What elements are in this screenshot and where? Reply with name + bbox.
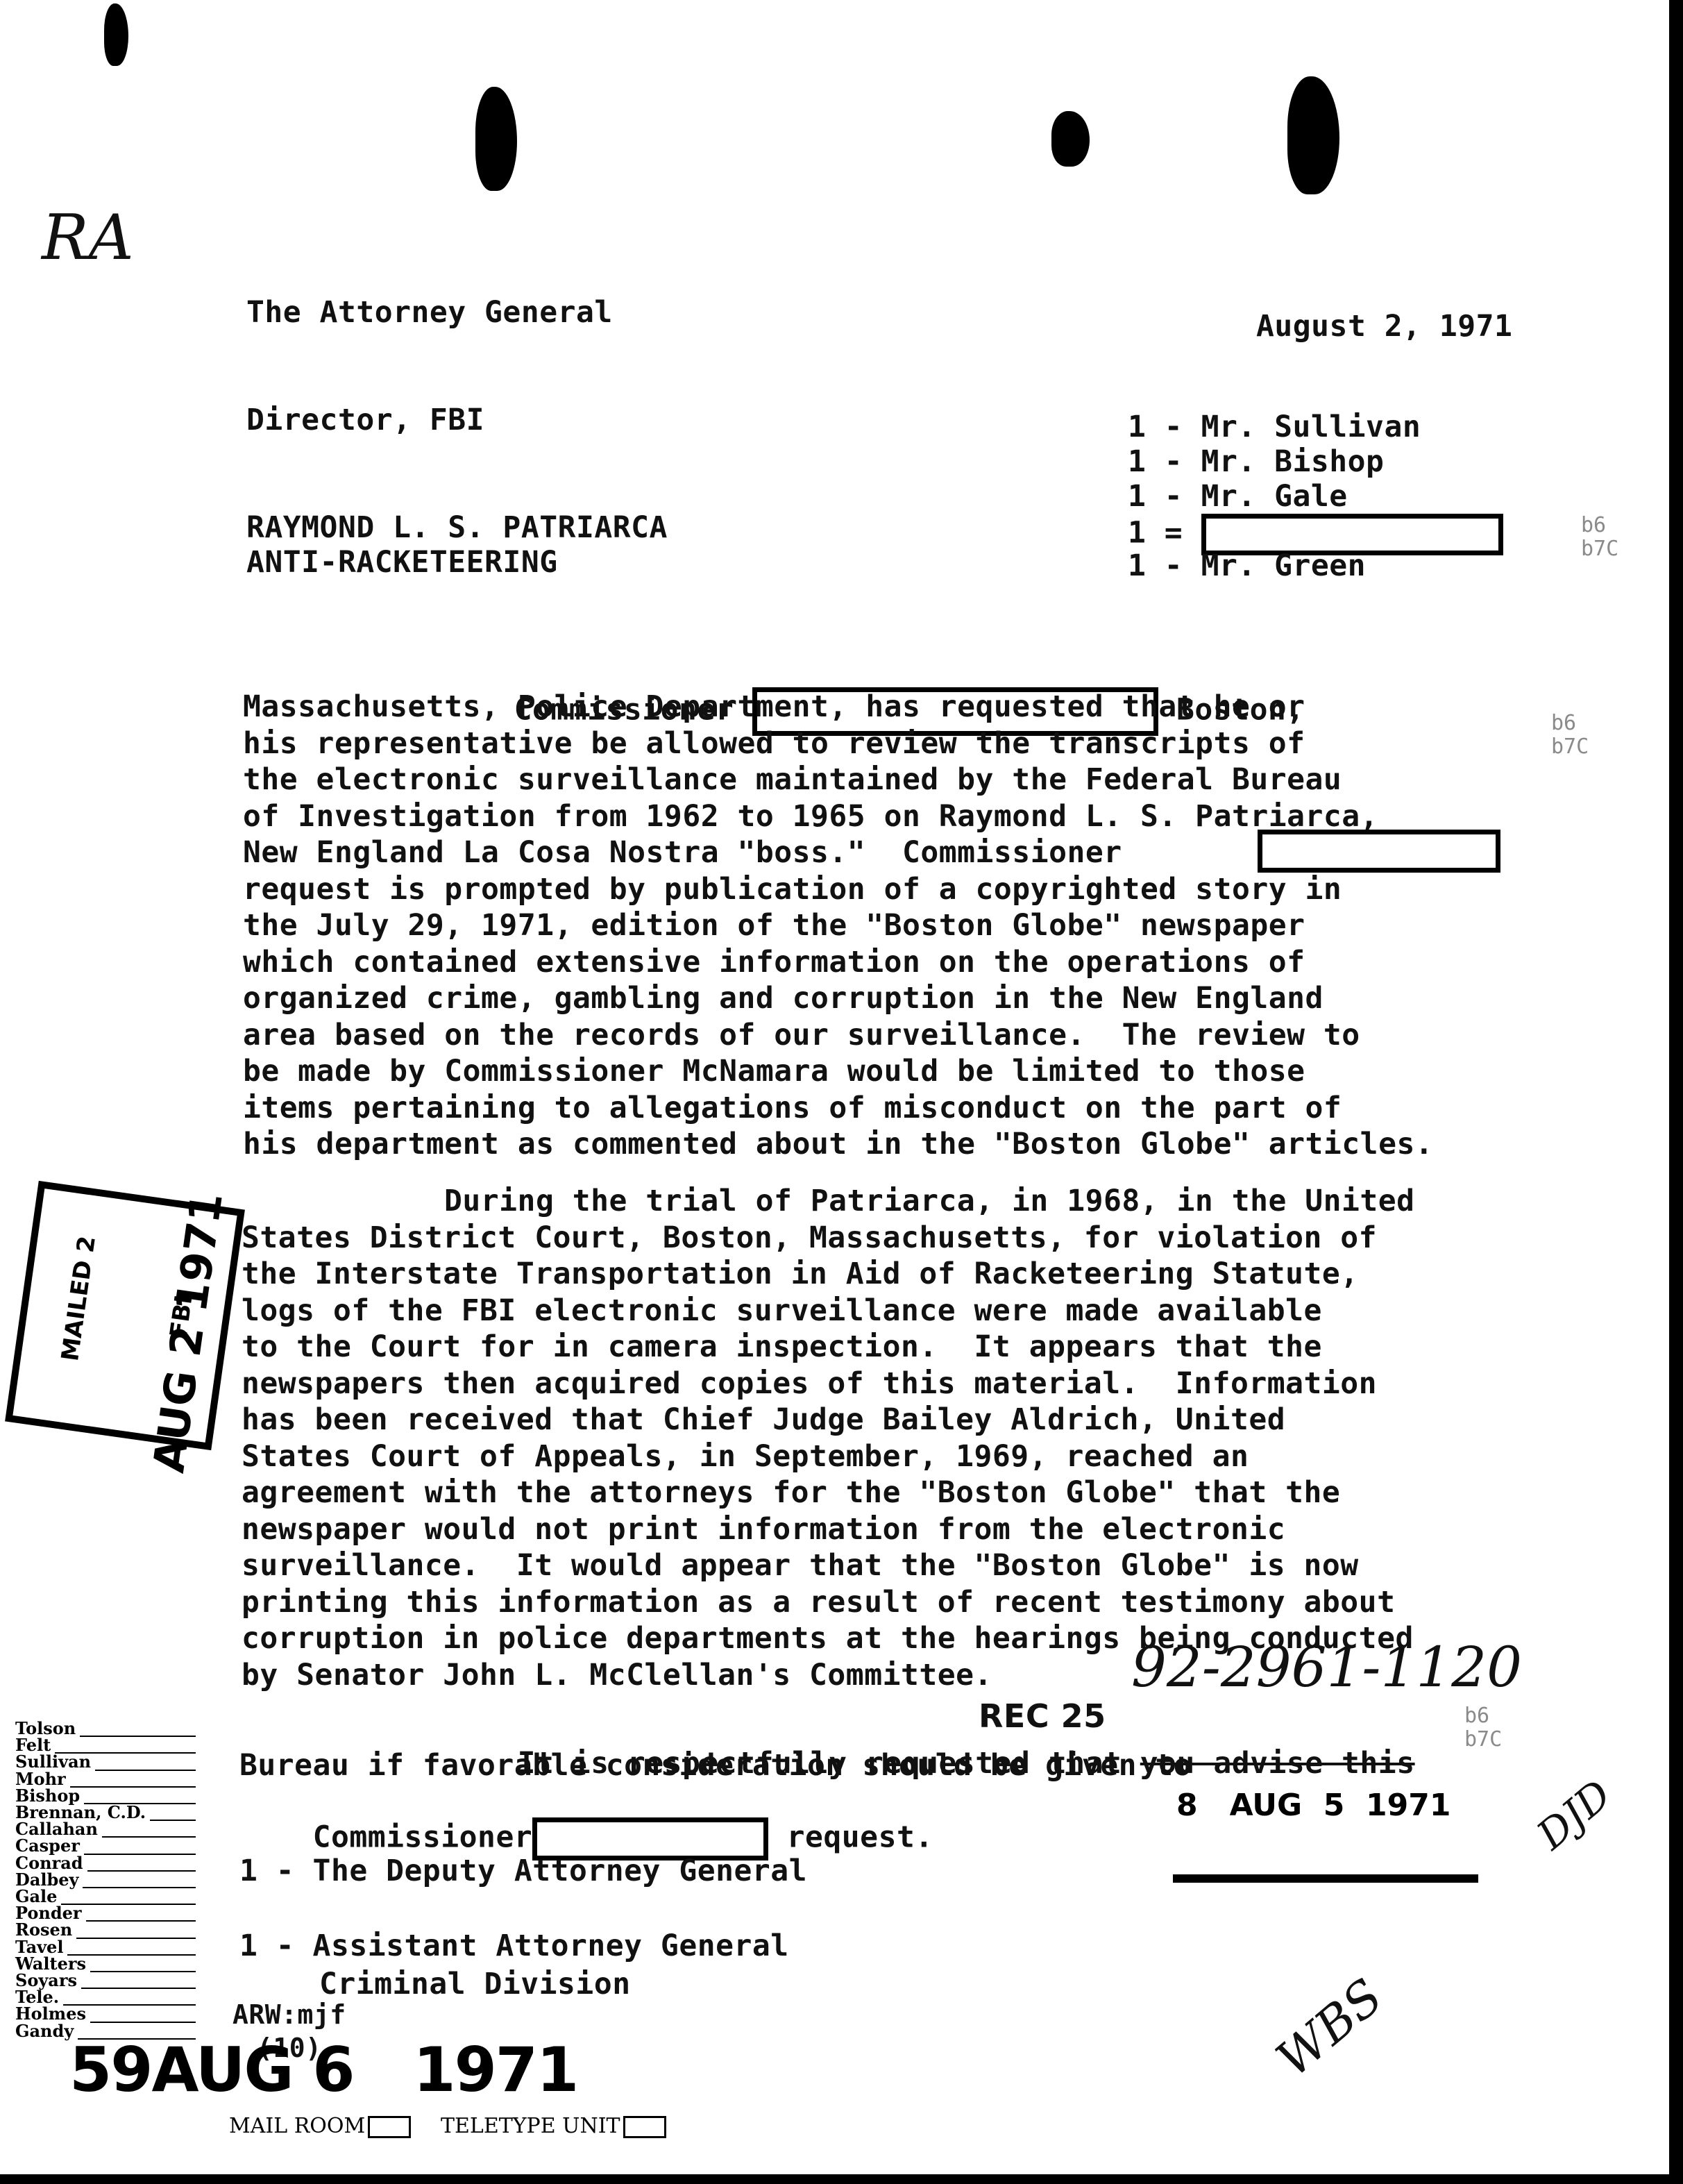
mail-room-label: MAIL ROOM — [229, 2114, 411, 2138]
paragraph-1-line: his department as commented about in the… — [243, 1127, 1433, 1161]
routing-line — [81, 1978, 196, 1989]
paragraph-1-line: Massachusetts, Police Department, has re… — [243, 689, 1305, 724]
routing-line — [87, 1860, 196, 1872]
paragraph-2-line: the Interstate Transportation in Aid of … — [242, 1257, 1359, 1291]
paragraph-2-line: newspaper would not print information fr… — [242, 1512, 1285, 1547]
stamp-underline — [1173, 1874, 1478, 1883]
ink-blot — [475, 87, 517, 191]
routing-line — [76, 1928, 196, 1939]
routing-line — [95, 1760, 196, 1771]
ink-blot — [104, 3, 128, 66]
routing-name: Casper — [15, 1838, 80, 1854]
routing-name: Gandy — [15, 2023, 74, 2040]
handwritten-initials: RA — [42, 201, 134, 274]
routing-line — [90, 2012, 196, 2023]
date: August 2, 1971 — [1256, 309, 1512, 344]
exemption-label-1: b6 b7C — [1581, 514, 1618, 561]
routing-line — [83, 1877, 196, 1888]
scan-edge-right — [1669, 0, 1683, 2184]
sender: Director, FBI — [246, 403, 484, 437]
date-stamp-bottom: 59AUG 6 1971 — [69, 2034, 577, 2106]
subject-line-1: RAYMOND L. S. PATRIARCA — [246, 510, 668, 545]
mailed-stamp: MAILED 2 AUG 2 1971 FBI — [5, 1181, 245, 1450]
redaction-box — [1258, 830, 1500, 873]
paragraph-2-line: States District Court, Boston, Massachus… — [242, 1220, 1377, 1255]
subject-line-2: ANTI-RACKETEERING — [246, 545, 558, 580]
routing-line — [84, 1844, 196, 1855]
paragraph-2-line: During the trial of Patriarca, in 1968, … — [444, 1184, 1415, 1218]
paragraph-2-line: States Court of Appeals, in September, 1… — [242, 1439, 1249, 1474]
routing-line — [90, 1961, 196, 1972]
teletype-unit-checkbox[interactable] — [623, 2116, 666, 2138]
exemption-label-3: b6 b7C — [1464, 1704, 1502, 1752]
routing-name: Sullivan — [15, 1754, 91, 1770]
routing-name: Rosen — [15, 1922, 72, 1938]
paragraph-1-line: which contained extensive information on… — [243, 945, 1305, 980]
mail-room-checkbox[interactable] — [368, 2116, 411, 2138]
received-stamp: 8 AUG 5 1971 — [1176, 1788, 1451, 1823]
paragraph-2-line: printing this information as a result of… — [242, 1585, 1395, 1620]
addressee: The Attorney General — [246, 295, 613, 330]
paragraph-2-line: has been received that Chief Judge Baile… — [242, 1402, 1285, 1437]
ink-blot — [1287, 76, 1339, 194]
routing-line — [150, 1810, 196, 1821]
routing-row: Rosen — [15, 1922, 196, 1938]
routing-line — [102, 1826, 196, 1838]
paragraph-1-line: request is prompted by publication of a … — [243, 872, 1342, 907]
cc-item: 1 - Assistant Attorney General — [239, 1929, 789, 1963]
distribution-item: 1 - Mr. Bishop — [1128, 444, 1384, 479]
paragraph-1-line: area based on the records of our surveil… — [243, 1018, 1360, 1052]
paragraph-1-line: the electronic surveillance maintained b… — [243, 762, 1342, 797]
paragraph-1-line: the July 29, 1971, edition of the "Bosto… — [243, 908, 1305, 943]
routing-line — [67, 1944, 196, 1956]
paragraph-2-line: surveillance. It would appear that the "… — [242, 1548, 1359, 1583]
paragraph-2-line: newspapers then acquired copies of this … — [242, 1366, 1377, 1401]
routing-row: Sullivan — [15, 1754, 196, 1770]
handwritten-file-number: 92-2961-1120 — [1131, 1635, 1522, 1699]
cc-item: 1 - The Deputy Attorney General — [239, 1854, 807, 1888]
paragraph-1-line: his representative be allowed to review … — [243, 726, 1305, 761]
routing-list: TolsonFeltSullivanMohrBishopBrennan, C.D… — [15, 1720, 196, 2040]
routing-line — [86, 1910, 196, 1922]
paragraph-2-line: by Senator John L. McClellan's Committee… — [242, 1658, 992, 1692]
ink-blot — [1051, 111, 1090, 167]
paragraph-3-line-2: Bureau if favorable consideration should… — [239, 1748, 1192, 1783]
paragraph-1-line: organized crime, gambling and corruption… — [243, 981, 1323, 1016]
distribution-item: 1 - Mr. Gale — [1128, 479, 1348, 514]
paragraph-2-line: to the Court for in camera inspection. I… — [242, 1329, 1322, 1364]
teletype-unit-label: TELETYPE UNIT — [441, 2114, 666, 2138]
routing-line — [80, 1726, 196, 1737]
handwritten-initials-wbs: WBS — [1266, 1968, 1394, 2088]
handwritten-initials-djd: DJD — [1528, 1771, 1621, 1859]
distribution-item: 1 - Mr. Green — [1128, 548, 1366, 583]
routing-row: Casper — [15, 1838, 196, 1854]
cc-item-sub: Criminal Division — [319, 1967, 631, 2001]
paragraph-2-line: logs of the FBI electronic surveillance … — [242, 1293, 1322, 1328]
document-page: RA The Attorney General August 2, 1971 D… — [0, 0, 1683, 2184]
exemption-label-2: b6 b7C — [1551, 712, 1589, 759]
paragraph-2-line: agreement with the attorneys for the "Bo… — [242, 1475, 1340, 1510]
paragraph-1-line: be made by Commissioner McNamara would b… — [243, 1054, 1305, 1089]
paragraph-1-line: New England La Cosa Nostra "boss." Commi… — [243, 835, 1122, 870]
typist-initials: ARW:mjf — [232, 1999, 346, 2030]
scan-edge-bottom — [0, 2174, 1683, 2184]
distribution-item: 1 - Mr. Sullivan — [1128, 410, 1421, 444]
routing-line — [70, 1776, 196, 1788]
paragraph-1-line: items pertaining to allegations of misco… — [243, 1091, 1342, 1125]
paragraph-1-line: of Investigation from 1962 to 1965 on Ra… — [243, 799, 1378, 834]
